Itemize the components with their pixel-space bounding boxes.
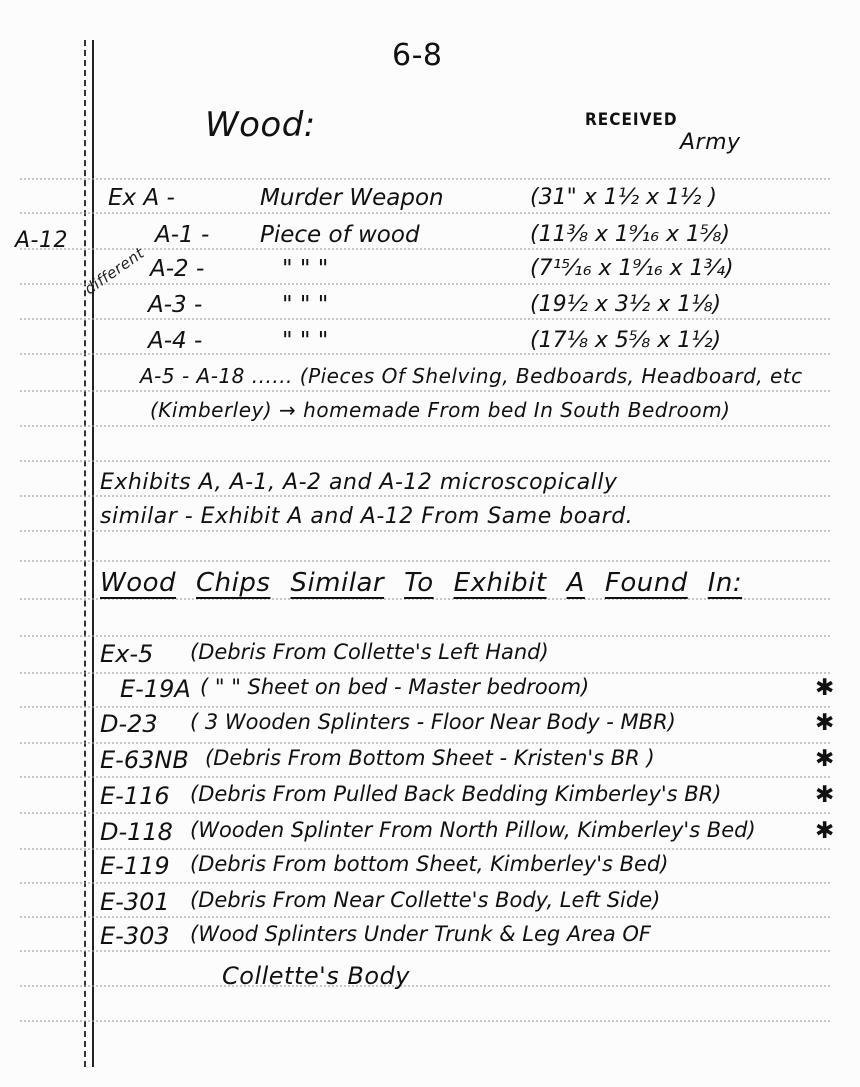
ruled-line (20, 1020, 830, 1022)
ruled-line (20, 530, 830, 532)
exhibit-desc: " " " (282, 328, 328, 354)
asterisk-icon: ✱ (815, 746, 834, 772)
chip-desc: ( 3 Wooden Splinters - Floor Near Body -… (190, 710, 676, 734)
ruled-line (20, 985, 830, 987)
exhibit-dims: (7¹⁵⁄₁₆ x 1⁹⁄₁₆ x 1¾) (530, 256, 734, 281)
chip-exhibit-id: E-303 (100, 922, 170, 950)
ruled-line (20, 390, 830, 392)
exhibit-id: A-1 - (155, 222, 209, 248)
ruled-line (20, 178, 830, 180)
shelving-line-1: A-5 - A-18 ...... (Pieces Of Shelving, B… (140, 364, 803, 388)
chip-exhibit-id: E-116 (100, 782, 170, 810)
exhibit-desc: " " " (282, 256, 328, 282)
chip-exhibit-id: E-301 (100, 888, 170, 916)
exhibit-row: Ex A - Murder Weapon (31" x 1½ x 1½ ) (0, 185, 860, 219)
chip-exhibit-id: E-19A (120, 675, 191, 703)
ruled-line (20, 560, 830, 562)
section-title: Wood: (205, 105, 316, 145)
asterisk-icon: ✱ (815, 675, 834, 701)
heading-word: A (567, 568, 585, 598)
exhibit-dims: (31" x 1½ x 1½ ) (530, 185, 717, 210)
chip-desc: (Wooden Splinter From North Pillow, Kimb… (190, 818, 756, 842)
exhibit-row: A-1 - Piece of wood (11⅜ x 1⁹⁄₁₆ x 1⅝) (0, 222, 860, 256)
heading-word: To (404, 568, 434, 598)
heading-word: Chips (196, 568, 270, 598)
finding-line-1: Exhibits A, A-1, A-2 and A-12 microscopi… (100, 470, 617, 495)
asterisk-icon: ✱ (815, 782, 834, 808)
exhibit-row: A-4 - " " " (17⅛ x 5⅝ x 1½) (0, 328, 860, 362)
asterisk-icon: ✱ (815, 818, 834, 844)
chip-row: E-63NB(Debris From Bottom Sheet - Kriste… (0, 746, 860, 780)
ruled-line (20, 635, 830, 637)
heading-word: Found (605, 568, 688, 598)
asterisk-icon: ✱ (815, 710, 834, 736)
exhibit-id: A-2 - (150, 256, 204, 282)
document-page: 6-8 Wood: RECEIVED Army A-12 different E… (0, 0, 860, 1087)
chip-exhibit-id: E-63NB (100, 746, 189, 774)
heading-word: Exhibit (454, 568, 547, 598)
exhibit-dims: (11⅜ x 1⁹⁄₁₆ x 1⅝) (530, 222, 730, 247)
chip-exhibit-id: E-119 (100, 852, 170, 880)
chip-exhibit-id: D-118 (100, 818, 173, 846)
chip-row: E-119(Debris From bottom Sheet, Kimberle… (0, 852, 860, 886)
chip-row: E-19A( " " Sheet on bed - Master bedroom… (0, 675, 860, 709)
ruled-line (20, 460, 830, 462)
exhibit-desc: Piece of wood (260, 222, 420, 248)
heading-word: Similar (290, 568, 384, 598)
ruled-line (20, 425, 830, 427)
chip-exhibit-id: Ex-5 (100, 640, 153, 668)
wood-chips-heading: WoodChipsSimilarToExhibitAFoundIn: (100, 568, 762, 598)
finding-line-2: similar - Exhibit A and A-12 From Same b… (100, 504, 633, 529)
chip-row: D-23( 3 Wooden Splinters - Floor Near Bo… (0, 710, 860, 744)
chip-desc: ( " " Sheet on bed - Master bedroom) (200, 675, 589, 699)
chip-row: E-301(Debris From Near Collette's Body, … (0, 888, 860, 922)
exhibit-desc: " " " (282, 292, 328, 318)
heading-word: In: (708, 568, 742, 598)
chip-row: E-303(Wood Splinters Under Trunk & Leg A… (0, 922, 860, 956)
stamp-annotation: Army (680, 130, 741, 155)
exhibit-row: A-2 - " " " (7¹⁵⁄₁₆ x 1⁹⁄₁₆ x 1¾) (0, 256, 860, 290)
chip-desc: (Debris From Pulled Back Bedding Kimberl… (190, 782, 721, 806)
exhibit-id: A-4 - (148, 328, 202, 354)
exhibit-id: A-3 - (148, 292, 202, 318)
shelving-line-2: (Kimberley) → homemade From bed In South… (150, 398, 730, 422)
chip-desc: (Debris From Collette's Left Hand) (190, 640, 549, 664)
exhibit-dims: (19½ x 3½ x 1⅛) (530, 292, 721, 317)
received-stamp: RECEIVED (585, 110, 678, 130)
chip-row: E-116(Debris From Pulled Back Bedding Ki… (0, 782, 860, 816)
chip-desc: (Debris From bottom Sheet, Kimberley's B… (190, 852, 668, 876)
chips-continuation: Collette's Body (222, 962, 410, 990)
heading-word: Wood (100, 568, 176, 598)
chip-desc: (Debris From Near Collette's Body, Left … (190, 888, 660, 912)
chip-row: D-118(Wooden Splinter From North Pillow,… (0, 818, 860, 852)
chip-desc: (Debris From Bottom Sheet - Kristen's BR… (205, 746, 655, 770)
chip-exhibit-id: D-23 (100, 710, 158, 738)
exhibit-row: A-3 - " " " (19½ x 3½ x 1⅛) (0, 292, 860, 326)
exhibit-id: Ex A - (108, 185, 175, 211)
ruled-line (20, 598, 830, 600)
ruled-line (20, 495, 830, 497)
exhibit-desc: Murder Weapon (260, 185, 444, 211)
page-number: 6-8 (392, 38, 443, 73)
exhibit-dims: (17⅛ x 5⅝ x 1½) (530, 328, 721, 353)
chip-row: Ex-5(Debris From Collette's Left Hand) (0, 640, 860, 674)
chip-desc: (Wood Splinters Under Trunk & Leg Area O… (190, 922, 651, 946)
